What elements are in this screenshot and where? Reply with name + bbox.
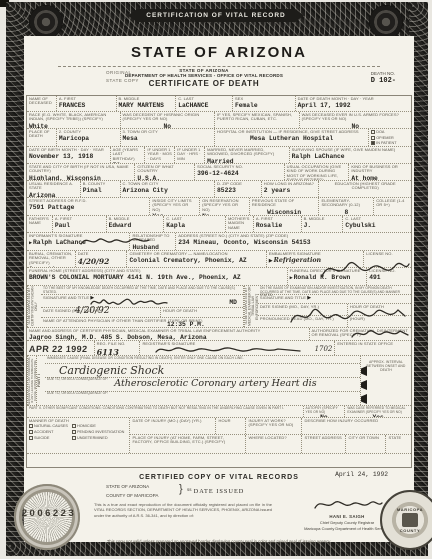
field-label: STREET ADDRESS OR R.F.D. bbox=[29, 199, 147, 203]
row-injury: MANNER OF DEATH NATURAL CAUSES ACCIDENT … bbox=[27, 418, 411, 454]
field-label: CITY OR TOWN bbox=[348, 436, 383, 440]
field-label: DATE bbox=[78, 252, 125, 256]
border-left bbox=[6, 2, 24, 556]
field-disposition-date: DATE4/20/92 bbox=[76, 251, 128, 267]
checkbox-icon bbox=[29, 430, 33, 434]
field-label: SURVIVING SPOUSE (IF WIFE, GIVE MAIDEN N… bbox=[292, 148, 409, 152]
field-how-long-arizona: HOW LONG IN ARIZONA?2 years bbox=[262, 181, 320, 197]
field-director-license: LICENSE NO.491 bbox=[367, 268, 411, 285]
field-cremation-authorization: AUTHORIZED FOR CREMATION, DISINTERMENT O… bbox=[310, 328, 411, 340]
date-issued-label: DATE ISSUED bbox=[24, 488, 414, 495]
banner-title: CERTIFICATION OF VITAL RECORD bbox=[128, 9, 304, 22]
certificate-title: CERTIFICATE OF DEATH bbox=[84, 79, 324, 88]
field-pod-town: 3. TOWN OR CITYMesa bbox=[121, 129, 216, 146]
field-label: SOCIAL SECURITY NO. bbox=[197, 165, 282, 169]
cause-instructions-strip: SEQUENTIALLY LIST CONDITIONS, IF ANY, LE… bbox=[27, 356, 36, 405]
field-label: IF UNDER 1 YEAR · MOS · DAYS bbox=[147, 148, 172, 161]
row-informant: INFORMANT'S SIGNATURE▶Ralph LaChance REL… bbox=[27, 233, 411, 251]
field-value: MARY MARTENS bbox=[119, 102, 174, 109]
field-mother-first: A. FIRSTRosalie bbox=[254, 216, 302, 232]
field-label: EDUCATION (HIGHEST GRADE COMPLETED) bbox=[321, 182, 409, 191]
field-remarks bbox=[27, 454, 411, 467]
field-label: PREVIOUS STATE OF RESIDENCE bbox=[252, 199, 317, 208]
checkbox-label: SUICIDE bbox=[34, 436, 49, 440]
field-value: Arizona City bbox=[123, 187, 213, 194]
field-value: 491 bbox=[369, 274, 409, 281]
field-value: Yes bbox=[347, 414, 409, 417]
death-number: DEATH NO. D 102- bbox=[371, 71, 396, 85]
registrar-code: 1702 bbox=[315, 345, 333, 353]
field-label: D. ZIP CODE bbox=[217, 182, 259, 186]
field-mother-section: MOTHER'S MAIDEN NAME bbox=[226, 216, 254, 232]
field-hispanic-origin: WAS DECEDENT OF HISPANIC ORIGIN (SPECIFY… bbox=[121, 112, 216, 128]
field-race: RACE (e.g. WHITE, BLACK, AMERICAN INDIAN… bbox=[27, 112, 121, 128]
certificate-serial-number: 2006223 bbox=[10, 508, 88, 519]
field-label: A. FIRST bbox=[256, 217, 299, 221]
field-value: No bbox=[123, 123, 213, 128]
field-value: 85223 bbox=[217, 187, 259, 194]
field-label: SIGNATURE AND TITLE bbox=[260, 295, 306, 300]
field-label: C. LAST bbox=[178, 97, 230, 101]
field-label: SIGNATURE AND TITLE ▶ bbox=[260, 296, 312, 302]
field-label: MOTHER'S MAIDEN NAME bbox=[228, 217, 251, 230]
field-value: 73 bbox=[113, 162, 143, 163]
field-value: Yes bbox=[152, 213, 197, 215]
arrow-icon: ▶ bbox=[307, 295, 311, 301]
field-label: ELEMENTARY-SECONDARY (0-12) bbox=[321, 199, 371, 208]
field-embalmer-signature: EMBALMER'S SIGNATURE▶Refrigeration bbox=[267, 251, 364, 267]
field-value: Married bbox=[207, 158, 287, 163]
field-label: AUTHORIZED FOR CREMATION, DISINTERMENT O… bbox=[312, 329, 409, 338]
field-value: Mesa bbox=[123, 135, 213, 142]
field-value: Arizona bbox=[29, 192, 78, 197]
field-value: ▶Ralph LaChance bbox=[29, 239, 127, 246]
field-label: SEX bbox=[235, 97, 293, 101]
field-sex: SEXFemale bbox=[233, 96, 296, 111]
field-value: November 13, 1918 bbox=[29, 153, 108, 160]
field-previous-state: PREVIOUS STATE OF RESIDENCEWisconsin bbox=[250, 198, 320, 215]
field-industry: KIND OF BUSINESS OR INDUSTRYAt home bbox=[349, 164, 411, 180]
field-label: NAME OF DECEASED bbox=[29, 97, 54, 106]
cause-entries: IMMEDIATE CAUSE (FINAL DISEASE OR CONDIT… bbox=[45, 356, 361, 405]
physician-statement: TO THE BEST OF MY KNOWLEDGE DEATH OCCURR… bbox=[41, 286, 243, 294]
death-certificate-form: NAME OF DECEASED A. FIRSTFRANCES B. MIDD… bbox=[26, 95, 412, 468]
physician-strip: To be completed by CERTIFYING PHYSICIAN … bbox=[27, 286, 41, 327]
field-label: EMBALMER'S SIGNATURE bbox=[269, 252, 361, 256]
physician-certification: TO THE BEST OF MY KNOWLEDGE DEATH OCCURR… bbox=[41, 286, 244, 327]
checkbox-icon bbox=[29, 424, 33, 428]
field-value: Colonial Crematory, Phoenix, AZ bbox=[129, 257, 263, 264]
checkbox-icon bbox=[29, 436, 33, 440]
field-label: DATE OF BIRTH MONTH · DAY · YEAR bbox=[29, 148, 108, 152]
field-label: B. COUNTY bbox=[83, 182, 118, 186]
field-label: A. FIRST bbox=[55, 217, 104, 221]
field-value: Female bbox=[235, 102, 293, 109]
field-res-state: USUAL RESIDENCE A. STATEArizona bbox=[27, 181, 81, 197]
field-value: April 17, 1992 bbox=[298, 102, 409, 109]
field-label: STATE bbox=[388, 436, 409, 440]
field-pod-county: 2. COUNTYMaricopa bbox=[57, 129, 121, 146]
field-value: Pinal bbox=[83, 187, 118, 194]
date-signed-value: 4/20/92 bbox=[75, 306, 110, 316]
field-label: ENTERED IN STATE OFFICE bbox=[337, 342, 409, 346]
field-label: BURIAL, CREMATION, REMOVAL, OTHER (SPECI… bbox=[29, 252, 73, 265]
field-hispanic-detail: IF YES, SPECIFY MEXICAN, SPANISH, PUERTO… bbox=[215, 112, 300, 128]
dept-line2: DEPARTMENT OF HEALTH SERVICES - OFFICE O… bbox=[84, 73, 324, 78]
field-under-1-day: IF UNDER 1 DAY · HRS · MIN bbox=[175, 147, 205, 163]
field-label: C. LAST bbox=[166, 217, 223, 221]
field-crematory: CEMETERY OR CREMATORY — NAME/LOCATIONCol… bbox=[127, 251, 266, 267]
field-value: BROWN'S COLONIAL MORTUARY 4141 N. 19th A… bbox=[29, 274, 285, 281]
physician-title: MD bbox=[229, 299, 237, 306]
field-father-section: FATHER'S NAME bbox=[27, 216, 53, 232]
checkbox-label: OP/EMER bbox=[376, 136, 394, 140]
death-number-label: DEATH NO. bbox=[371, 71, 395, 76]
field-surviving-spouse: SURVIVING SPOUSE (IF WIFE, GIVE MAIDEN N… bbox=[290, 147, 411, 163]
funeral-director-name: Ronald R. Brown bbox=[294, 274, 351, 281]
row-certifier-name: NAME AND ADDRESS OF CERTIFIER PHYSICIAN,… bbox=[27, 328, 411, 341]
field-label: FUNERAL DIRECTOR'S SIGNATURE bbox=[290, 269, 365, 273]
row-certification: To be completed by CERTIFYING PHYSICIAN … bbox=[27, 286, 411, 328]
field-manner-of-death: MANNER OF DEATH NATURAL CAUSES ACCIDENT … bbox=[27, 418, 130, 453]
field-label: B. MIDDLE bbox=[109, 217, 162, 221]
informant-name: Ralph LaChance bbox=[33, 239, 86, 246]
field-autopsy: AUTOPSY (SPECIFY YES OR NO)No bbox=[304, 406, 346, 417]
field-label: IF YES, SPECIFY MEXICAN, SPANISH, PUERTO… bbox=[217, 113, 297, 122]
field-label: MARRIED, NEVER MARRIED, WIDOWED, DIVORCE… bbox=[207, 148, 287, 157]
received-date-stamp: APR 22 1992 bbox=[29, 344, 92, 354]
field-value: Maricopa bbox=[59, 135, 118, 142]
field-value: Paul bbox=[55, 222, 104, 229]
checkbox-icon bbox=[371, 130, 375, 134]
department-heading: STATE OF ARIZONA DEPARTMENT OF HEALTH SE… bbox=[84, 68, 324, 88]
medical-examiner-certification: ON THE BASIS OF EXAMINATION AND/OR INVES… bbox=[258, 286, 411, 327]
field-label: CEMETERY OR CREMATORY — NAME/LOCATION bbox=[129, 252, 263, 256]
issue-date: April 24, 1992 bbox=[335, 471, 388, 478]
field-date-of-death: DATE OF DEATH MONTH · DAY · YEARApril 17… bbox=[296, 96, 411, 111]
field-label: ADDRESS (STREET NO.) (CITY AND STATE) (Z… bbox=[178, 234, 409, 238]
field-pod-status-checkboxes: DOA OP/EMER IN PATIENT OTHER bbox=[369, 129, 411, 146]
field-marital-status: MARRIED, NEVER MARRIED, WIDOWED, DIVORCE… bbox=[205, 147, 290, 163]
field-value: Ralph LaChance bbox=[292, 153, 409, 160]
field-value: LaCHANCE bbox=[178, 102, 230, 109]
checkbox-icon bbox=[72, 430, 76, 434]
row-registrar: APR 22 1992 REG. FILE NO.6113 REGISTRAR'… bbox=[27, 341, 411, 356]
row-cause-of-death: SEQUENTIALLY LIST CONDITIONS, IF ANY, LE… bbox=[27, 356, 411, 406]
field-entered-state-office: ENTERED IN STATE OFFICE bbox=[335, 341, 411, 355]
field-value: FRANCES bbox=[59, 102, 114, 109]
seal-text-bottom: COUNTY bbox=[400, 528, 421, 533]
arrow-icon: ▶ bbox=[269, 258, 273, 264]
maricopa-county-seal-icon: MARICOPA COUNTY bbox=[380, 490, 432, 550]
checkbox-checked-icon bbox=[371, 141, 375, 145]
scanned-death-certificate: CERTIFICATION OF VITAL RECORD STATE OF A… bbox=[0, 0, 432, 559]
field-age: AGE (YEARS LAST BIRTHDAY)73 bbox=[111, 147, 146, 163]
row-name: NAME OF DECEASED A. FIRSTFRANCES B. MIDD… bbox=[27, 96, 411, 112]
checkbox-icon bbox=[72, 424, 76, 428]
field-label: USUAL OCCUPATION (GIVE KIND OF WORK DURI… bbox=[287, 165, 347, 180]
part1-label: PART I bbox=[36, 356, 45, 405]
field-label: FUNERAL HOME (STREET ADDRESS) (CITY AND … bbox=[29, 269, 285, 273]
field-value: Edward bbox=[109, 222, 162, 229]
field-label: WAS CASE REFERRED TO MEDICAL EXAMINER (S… bbox=[347, 407, 409, 414]
checkbox-suicide: SUICIDE bbox=[29, 436, 68, 442]
field-label: INFORMANT'S SIGNATURE bbox=[29, 234, 127, 238]
field-citizenship: CITIZEN OF WHAT COUNTRYU.S.A. bbox=[135, 164, 195, 180]
field-inside-city-limits: INSIDE CITY LIMITS (SPECIFY YES OR NO)Ye… bbox=[150, 198, 200, 215]
field-value: 7591 Pattage bbox=[29, 204, 147, 211]
field-label: 3. TOWN OR CITY bbox=[123, 130, 213, 134]
field-label: B. MIDDLE bbox=[304, 217, 341, 221]
field-label: MANNER OF DEATH bbox=[29, 419, 127, 423]
registrar-footer-signature bbox=[312, 496, 384, 512]
field-label: C. LAST bbox=[345, 217, 409, 221]
field-label: PLACE OF INJURY (AT HOME, FARM, STREET, … bbox=[132, 436, 243, 445]
field-label: DATE OF INJURY (MO.) (DAY) (YR.) bbox=[132, 419, 213, 423]
field-funeral-home: FUNERAL HOME (STREET ADDRESS) (CITY AND … bbox=[27, 268, 288, 285]
field-label: C. TOWN OR CITY bbox=[123, 182, 213, 186]
field-label: 2. COUNTY bbox=[59, 130, 118, 134]
certification-paragraph: This is a true and exact reproduction of… bbox=[94, 502, 272, 518]
field-elementary-secondary: ELEMENTARY-SECONDARY (0-12)8 bbox=[319, 198, 374, 215]
field-label: PLACE OF DEATH bbox=[29, 130, 54, 139]
row-part2: PART II. OTHER SIGNIFICANT CONDITIONS: C… bbox=[27, 406, 411, 418]
field-label: STREET ADDRESS bbox=[304, 436, 343, 440]
field-value: 2 years bbox=[264, 187, 317, 194]
field-label: AUTOPSY (SPECIFY YES OR NO) bbox=[306, 407, 343, 414]
row-place-of-death: PLACE OF DEATH 2. COUNTYMaricopa 3. TOWN… bbox=[27, 129, 411, 147]
checkbox-undetermined: UNDETERMINED bbox=[72, 436, 124, 442]
arrow-icon: ▶ bbox=[90, 295, 94, 301]
checkbox-icon bbox=[371, 136, 375, 140]
row-parents: FATHER'S NAME A. FIRSTPaul B. MIDDLEEdwa… bbox=[27, 216, 411, 233]
seal-crest-icon bbox=[402, 513, 418, 527]
field-informant-signature: INFORMANT'S SIGNATURE▶Ralph LaChance bbox=[27, 233, 130, 250]
field-label: DESCRIBE HOW INJURY OCCURRED bbox=[304, 419, 409, 423]
field-value: Highland, Wisconsin bbox=[29, 175, 132, 180]
field-label: IF UNDER 1 DAY · HRS · MIN bbox=[177, 148, 202, 161]
checkbox-inpatient: IN PATIENT bbox=[371, 141, 409, 146]
arrow-icon: ▶ bbox=[290, 275, 293, 281]
signer-name: HANI E. SAIGH bbox=[329, 514, 364, 519]
field-label: INJURY AT WORK? (SPECIFY YES OR NO) bbox=[248, 419, 299, 428]
field-mother-middle: B. MIDDLEJ. bbox=[302, 216, 344, 232]
checkbox-label: IN PATIENT bbox=[376, 141, 396, 145]
field-label: HOW LONG IN ARIZONA? bbox=[264, 182, 317, 186]
field-res-zip: D. ZIP CODE85223 bbox=[215, 181, 262, 197]
field-registrar-signature: REGISTRAR'S SIGNATURE 1702 bbox=[140, 341, 335, 355]
checkbox-label: PENDING INVESTIGATION bbox=[77, 430, 124, 434]
field-value: No bbox=[306, 414, 343, 417]
field-label: NAME AND ADDRESS OF CERTIFIER PHYSICIAN,… bbox=[29, 329, 307, 333]
field-label: A. FIRST bbox=[59, 97, 114, 101]
field-relationship: RELATIONSHIP TO DECEASEDHusband bbox=[130, 233, 176, 250]
field-value: Cybulski bbox=[345, 222, 409, 229]
field-label: SIGNATURE AND TITLE bbox=[43, 295, 89, 300]
field-label: LICENSE NO. bbox=[369, 269, 409, 273]
due-to-label: DUE TO, OR AS A CONSEQUENCE OF: bbox=[47, 378, 108, 391]
field-label: WAS DECEASED EVER IN U.S. ARMED FORCES? … bbox=[302, 113, 409, 122]
field-res-town: C. TOWN OR CITYArizona City bbox=[121, 181, 216, 197]
cause-header: IMMEDIATE CAUSE (FINAL DISEASE OR CONDIT… bbox=[47, 357, 244, 362]
field-pod-hospital: HOSPITAL OR INSTITUTION — IF RESIDENCE, … bbox=[215, 129, 369, 146]
arrow-icon: ▶ bbox=[29, 240, 32, 246]
field-label: FATHER'S NAME bbox=[29, 217, 50, 226]
checkbox-label: UNDETERMINED bbox=[77, 436, 108, 440]
field-armed-forces: WAS DECEASED EVER IN U.S. ARMED FORCES? … bbox=[300, 112, 411, 128]
field-value: Rosalie bbox=[256, 222, 299, 229]
seal-text-top: MARICOPA bbox=[397, 507, 423, 512]
field-occupation: USUAL OCCUPATION (GIVE KIND OF WORK DURI… bbox=[285, 164, 350, 180]
field-value: J. bbox=[304, 222, 341, 229]
field-father-middle: B. MIDDLEEdward bbox=[107, 216, 165, 232]
field-label: REG. FILE NO. bbox=[97, 342, 138, 346]
field-label: PART II. OTHER SIGNIFICANT CONDITIONS: C… bbox=[29, 407, 301, 411]
field-label: WAS DECEDENT OF HISPANIC ORIGIN (SPECIFY… bbox=[123, 113, 213, 122]
field-education-header: EDUCATION (HIGHEST GRADE COMPLETED) bbox=[319, 181, 411, 197]
field-name-section: NAME OF DECEASED bbox=[27, 96, 57, 111]
field-street-address: STREET ADDRESS OR R.F.D.7591 Pattage bbox=[27, 198, 150, 215]
field-value: Mesa Lutheran Hospital bbox=[217, 135, 366, 142]
field-value: Cremation bbox=[29, 266, 73, 267]
field-embalmer-license: LICENSE NO. bbox=[364, 251, 411, 267]
engraved-medallion-icon bbox=[369, 5, 403, 39]
field-label: WHERE LOCATED? bbox=[248, 436, 299, 440]
examiner-statement: ON THE BASIS OF EXAMINATION AND/OR INVES… bbox=[258, 286, 411, 294]
row-birthplace-occupation: STATE AND CITY OF BIRTH (IF NOT IN USA, … bbox=[27, 164, 411, 181]
field-value: Kapla bbox=[166, 222, 223, 229]
field-middle-name: B. MIDDLEMARY MARTENS bbox=[117, 96, 177, 111]
field-label: DATE OF DEATH bbox=[298, 96, 331, 101]
field-sublabel: MONTH · DAY · YEAR bbox=[62, 147, 104, 152]
row-race: RACE (e.g. WHITE, BLACK, AMERICAN INDIAN… bbox=[27, 112, 411, 129]
field-college: COLLEGE (1-4 or 5+) bbox=[374, 198, 411, 215]
checkbox-icon bbox=[72, 436, 76, 440]
field-reg-file-no: REG. FILE NO.6113 bbox=[95, 341, 141, 355]
interval-label: APPROX. INTERVAL BETWEEN ONSET AND DEATH bbox=[363, 361, 409, 372]
field-value: No bbox=[302, 123, 409, 128]
checkbox-label: NATURAL CAUSES bbox=[34, 424, 68, 428]
field-disposition-type: BURIAL, CREMATION, REMOVAL, OTHER (SPECI… bbox=[27, 251, 76, 267]
row-birth-marital: DATE OF BIRTH MONTH · DAY · YEARNovember… bbox=[27, 147, 411, 164]
field-value: At home bbox=[351, 175, 409, 180]
field-label: DATE SIGNED (MO., DAY, YR.) bbox=[260, 305, 345, 309]
field-value: ▶Ronald R. Brown bbox=[290, 274, 365, 281]
field-birthplace: STATE AND CITY OF BIRTH (IF NOT IN USA, … bbox=[27, 164, 135, 180]
field-label: KIND OF BUSINESS OR INDUSTRY bbox=[351, 165, 409, 174]
field-label: DATE OF BIRTH bbox=[29, 147, 60, 152]
field-value: ▶Refrigeration bbox=[269, 257, 361, 264]
field-value: 6113 bbox=[97, 347, 138, 355]
field-label: HOUR OF DEATH bbox=[163, 309, 241, 313]
field-sublabel: MONTH · DAY · YEAR bbox=[332, 96, 374, 101]
field-label: COLLEGE (1-4 or 5+) bbox=[376, 199, 409, 208]
field-referred-to-examiner: WAS CASE REFERRED TO MEDICAL EXAMINER (S… bbox=[345, 406, 411, 417]
death-number-value: D 102- bbox=[371, 77, 396, 85]
field-certifier-name-address: NAME AND ADDRESS OF CERTIFIER PHYSICIAN,… bbox=[27, 328, 310, 340]
interval-arrow-icon bbox=[361, 366, 367, 376]
field-value: 396-12-4624 bbox=[197, 170, 282, 177]
field-date-of-birth: DATE OF BIRTH MONTH · DAY · YEARNovember… bbox=[27, 147, 111, 163]
field-label: CITIZEN OF WHAT COUNTRY bbox=[137, 165, 192, 174]
field-label: USUAL RESIDENCE A. STATE bbox=[29, 182, 78, 191]
field-father-last: C. LASTKapla bbox=[164, 216, 226, 232]
row-disposition: BURIAL, CREMATION, REMOVAL, OTHER (SPECI… bbox=[27, 251, 411, 268]
interval-arrow-icon bbox=[361, 380, 367, 390]
field-label: HOUR bbox=[218, 419, 243, 423]
field-label: STATE AND CITY OF BIRTH (IF NOT IN USA, … bbox=[29, 165, 132, 174]
field-value: U.S.A. bbox=[137, 175, 192, 180]
field-last-name: C. LASTLaCHANCE bbox=[176, 96, 233, 111]
field-value: No bbox=[202, 213, 247, 215]
row-residence: USUAL RESIDENCE A. STATEArizona B. COUNT… bbox=[27, 181, 411, 198]
field-funeral-director-signature: FUNERAL DIRECTOR'S SIGNATURE▶Ronald R. B… bbox=[288, 268, 368, 285]
field-label: REGISTRAR'S SIGNATURE bbox=[142, 342, 332, 346]
field-on-reservation: ON RESERVATION (SPECIFY YES OR NO)No bbox=[200, 198, 250, 215]
interval-column: APPROX. INTERVAL BETWEEN ONSET AND DEATH bbox=[361, 356, 411, 405]
field-part2-conditions: PART II. OTHER SIGNIFICANT CONDITIONS: C… bbox=[27, 406, 304, 417]
signer-title: Chief Deputy County Registrar bbox=[320, 520, 374, 525]
field-value: 8 bbox=[321, 209, 371, 215]
field-value: 4/20/92 bbox=[78, 257, 125, 266]
field-label: (HOUR) bbox=[350, 317, 409, 321]
field-label: LICENSE NO. bbox=[366, 252, 409, 256]
field-label: HOUR OF DEATH bbox=[350, 305, 409, 309]
field-value: White bbox=[29, 123, 118, 128]
certificate-paper: STATE OF ARIZONA ORIGINAL STATE COPY STA… bbox=[24, 36, 414, 542]
field-label: NAME OF ATTENDING PHYSICIAN IF OTHER THA… bbox=[43, 319, 203, 327]
underlying-cause-value: Atherosclerotic Coronary artery Heart di… bbox=[114, 378, 316, 391]
field-pod-section: PLACE OF DEATH bbox=[27, 129, 57, 146]
field-father-first: A. FIRSTPaul bbox=[53, 216, 107, 232]
certified-copy-section: CERTIFIED COPY OF VITAL RECORDS April 24… bbox=[24, 468, 414, 546]
row-address-education: STREET ADDRESS OR R.F.D.7591 Pattage INS… bbox=[27, 198, 411, 216]
immediate-cause-value: Cardiogenic Shock bbox=[59, 364, 164, 377]
checkbox-label: DOA bbox=[376, 130, 384, 134]
field-label: ON RESERVATION (SPECIFY YES OR NO) bbox=[202, 199, 247, 212]
due-to-label: DUE TO, OR AS A CONSEQUENCE OF: bbox=[47, 392, 108, 404]
header-block: ORIGINAL STATE COPY STATE OF ARIZONA DEP… bbox=[24, 67, 414, 93]
field-under-1-year: IF UNDER 1 YEAR · MOS · DAYS bbox=[145, 147, 175, 163]
field-first-name: A. FIRSTFRANCES bbox=[57, 96, 117, 111]
checkbox-label: HOMICIDE bbox=[77, 424, 96, 428]
row-funeral-home: FUNERAL HOME (STREET ADDRESS) (CITY AND … bbox=[27, 268, 411, 286]
field-value: Husband bbox=[132, 244, 173, 250]
field-ssn: SOCIAL SECURITY NO.396-12-4624 bbox=[195, 164, 285, 180]
checkbox-label: ACCIDENT bbox=[34, 430, 53, 434]
field-label: DATE OF DEATH MONTH · DAY · YEAR bbox=[298, 97, 409, 101]
interval-arrow-icon bbox=[361, 394, 367, 404]
validity-notice: This copy not valid unless prepared on e… bbox=[24, 539, 414, 544]
field-label: INSIDE CITY LIMITS (SPECIFY YES OR NO) bbox=[152, 199, 197, 212]
field-label: PRONOUNCED DEAD (MO., DAY, YR.) bbox=[260, 317, 345, 321]
signer-department: Maricopa County Department of Health Ser… bbox=[304, 526, 390, 531]
field-informant-address: ADDRESS (STREET NO.) (CITY AND STATE) (Z… bbox=[176, 233, 411, 250]
field-label: RACE (e.g. WHITE, BLACK, AMERICAN INDIAN… bbox=[29, 113, 118, 122]
embalmer-note: Refrigeration bbox=[274, 257, 322, 264]
field-mother-last: C. LASTCybulski bbox=[343, 216, 411, 232]
field-date-received-stamp: APR 22 1992 bbox=[27, 341, 95, 355]
injury-details: DATE OF INJURY (MO.) (DAY) (YR.) HOUR IN… bbox=[130, 418, 411, 453]
field-value: Jagroo Singh, M.D. 485 S. Dobson, Mesa, … bbox=[29, 334, 307, 340]
field-label: B. MIDDLE bbox=[119, 97, 174, 101]
medical-examiner-strip: To be completed by MEDICAL EXAMINER OR T… bbox=[244, 286, 258, 327]
field-value: 234 Mineau, Oconto, Wisconsin 54153 bbox=[178, 239, 409, 246]
field-value: Wisconsin bbox=[252, 209, 317, 215]
state-title: STATE OF ARIZONA bbox=[24, 36, 414, 61]
engraved-medallion-icon bbox=[29, 5, 63, 39]
field-label: AGE (YEARS LAST BIRTHDAY) bbox=[113, 148, 143, 161]
